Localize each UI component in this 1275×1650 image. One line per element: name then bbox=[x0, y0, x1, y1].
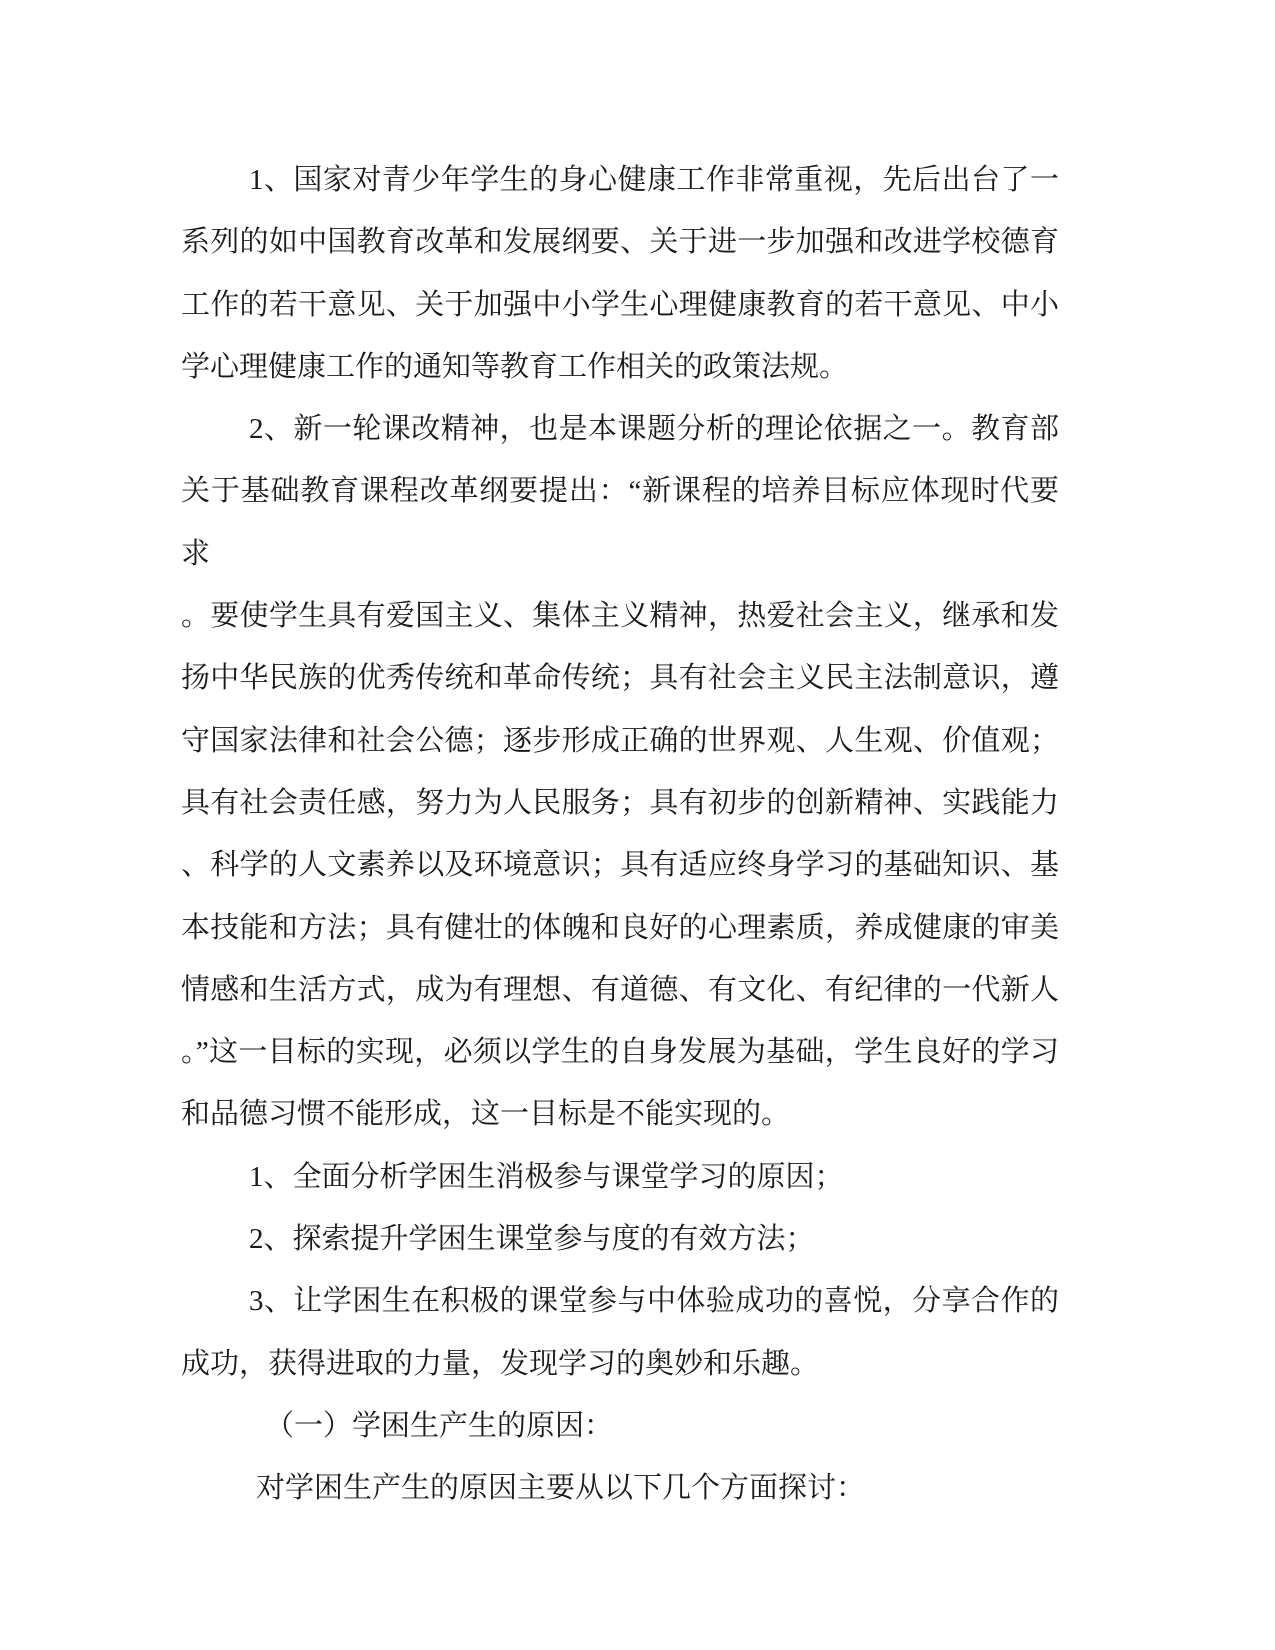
paragraph: 1、国家对青少年学生的身心健康工作非常重视，先后出台了一 系列的如中国教育改革和… bbox=[181, 149, 1059, 398]
text-line: 2、新一轮课改精神，也是本课题分析的理论依据之一。教育部 bbox=[181, 398, 1059, 460]
text-line: 和品德习惯不能形成，这一目标是不能实现的。 bbox=[181, 1083, 1059, 1145]
text-line: 。要使学生具有爱国主义、集体主义精神，热爱社会主义，继承和发 bbox=[181, 585, 1059, 647]
text-line: 具有社会责任感，努力为人民服务；具有初步的创新精神、实践能力 bbox=[181, 772, 1059, 834]
text-line: 守国家法律和社会公德；逐步形成正确的世界观、人生观、价值观； bbox=[181, 710, 1059, 772]
paragraph: 对学困生产生的原因主要从以下几个方面探讨： bbox=[181, 1457, 1059, 1519]
text-line: 成功，获得进取的力量，发现学习的奥妙和乐趣。 bbox=[181, 1333, 1059, 1395]
text-line: 2、探索提升学困生课堂参与度的有效方法； bbox=[181, 1208, 1059, 1270]
text-line: 系列的如中国教育改革和发展纲要、关于进一步加强和改进学校德育 bbox=[181, 211, 1059, 273]
paragraph: 1、全面分析学困生消极参与课堂学习的原因； bbox=[181, 1146, 1059, 1208]
paragraph: 2、新一轮课改精神，也是本课题分析的理论依据之一。教育部 关于基础教育课程改革纲… bbox=[181, 398, 1059, 1146]
text-line: 1、国家对青少年学生的身心健康工作非常重视，先后出台了一 bbox=[181, 149, 1059, 211]
text-line: 。”这一目标的实现，必须以学生的自身发展为基础，学生良好的学习 bbox=[181, 1021, 1059, 1083]
text-line: 对学困生产生的原因主要从以下几个方面探讨： bbox=[181, 1457, 1059, 1519]
text-line: 、科学的人文素养以及环境意识；具有适应终身学习的基础知识、基 bbox=[181, 834, 1059, 896]
document-content: 1、国家对青少年学生的身心健康工作非常重视，先后出台了一 系列的如中国教育改革和… bbox=[181, 149, 1059, 1520]
text-line: 1、全面分析学困生消极参与课堂学习的原因； bbox=[181, 1146, 1059, 1208]
text-line: （一）学困生产生的原因： bbox=[181, 1395, 1059, 1457]
text-line: 学心理健康工作的通知等教育工作相关的政策法规。 bbox=[181, 336, 1059, 398]
text-line: 本技能和方法；具有健壮的体魄和良好的心理素质，养成健康的审美 bbox=[181, 897, 1059, 959]
text-line: 3、让学困生在积极的课堂参与中体验成功的喜悦，分享合作的 bbox=[181, 1270, 1059, 1332]
paragraph: （一）学困生产生的原因： bbox=[181, 1395, 1059, 1457]
text-line: 扬中华民族的优秀传统和革命传统；具有社会主义民主法制意识，遵 bbox=[181, 647, 1059, 709]
text-line: 关于基础教育课程改革纲要提出：“新课程的培养目标应体现时代要求 bbox=[181, 460, 1059, 585]
document-page: 1、国家对青少年学生的身心健康工作非常重视，先后出台了一 系列的如中国教育改革和… bbox=[0, 0, 1275, 1650]
text-line: 工作的若干意见、关于加强中小学生心理健康教育的若干意见、中小 bbox=[181, 274, 1059, 336]
paragraph: 3、让学困生在积极的课堂参与中体验成功的喜悦，分享合作的 成功，获得进取的力量，… bbox=[181, 1270, 1059, 1395]
paragraph: 2、探索提升学困生课堂参与度的有效方法； bbox=[181, 1208, 1059, 1270]
text-line: 情感和生活方式，成为有理想、有道德、有文化、有纪律的一代新人 bbox=[181, 959, 1059, 1021]
